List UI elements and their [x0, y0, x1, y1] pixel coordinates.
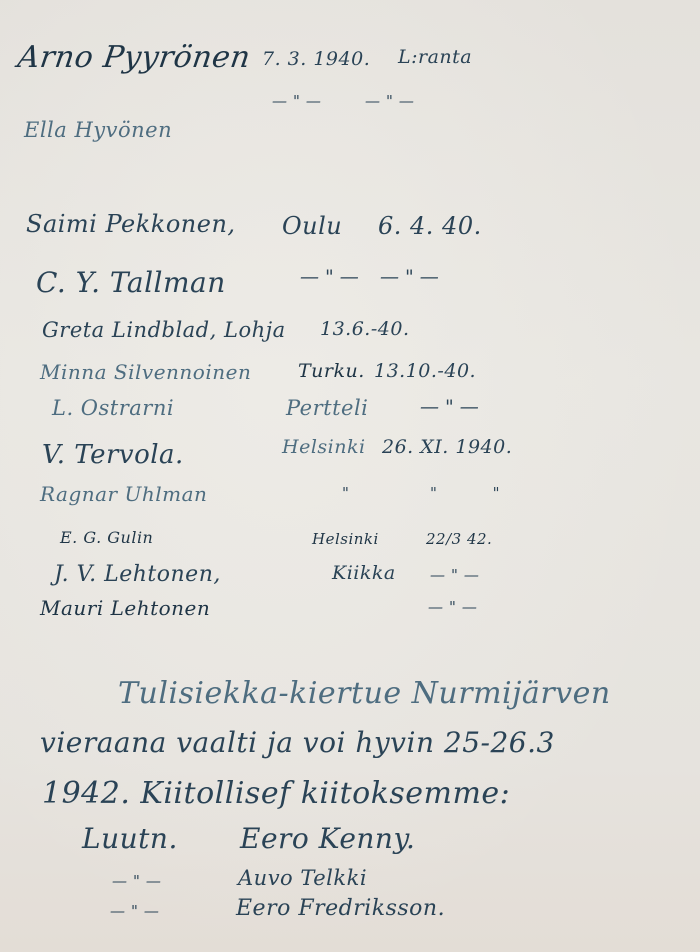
entry-name: C. Y. Tallman	[36, 266, 226, 299]
entry-name: Greta Lindblad,	[42, 318, 217, 342]
entry-date-ditto: " "	[430, 484, 500, 502]
signature-rank-ditto: —"—	[110, 902, 165, 920]
entry-name: Saimi Pekkonen,	[26, 210, 236, 238]
entry-place: Kiikka	[332, 562, 396, 584]
entry-date-ditto: —"—	[430, 566, 485, 584]
entry-name: Ella Hyvönen	[24, 118, 172, 142]
signature-rank-ditto: —"—	[112, 872, 167, 890]
entry-date: 13.6.-40.	[320, 318, 409, 340]
note-line: 1942. Kiitollisef kiitoksemme:	[42, 776, 510, 811]
entry-place: Helsinki	[282, 436, 366, 458]
entry-place-ditto: "	[342, 484, 349, 502]
entry-name: L. Ostrarni	[52, 396, 174, 420]
entry-place: Oulu	[282, 212, 342, 240]
note-line: vieraana vaalti ja voi hyvin 25-26.3	[40, 726, 555, 759]
signature-name: Auvo Telkki	[238, 866, 367, 890]
guestbook-page: Arno Pyyrönen 7. 3. 1940. L:ranta Ella H…	[0, 0, 700, 952]
entry-place: Lohja	[224, 318, 286, 342]
entry-date-ditto: —"—	[272, 92, 327, 110]
entry-place: L:ranta	[398, 46, 472, 68]
entry-name: Ragnar Uhlman	[40, 482, 207, 506]
entry-name: E. G. Gulin	[60, 528, 153, 547]
entry-name: Minna Silvennoinen	[40, 360, 251, 384]
entry-place-ditto: —"—	[300, 266, 365, 288]
signature-rank: Luutn.	[82, 822, 178, 855]
entry-name: Arno Pyyrönen	[16, 40, 253, 75]
note-line: Tulisiekka-kiertue Nurmijärven	[118, 676, 611, 711]
entry-place-ditto: —"—	[365, 92, 420, 110]
signature-name: Eero Fredriksson.	[236, 896, 445, 921]
signature-name: Eero Kenny.	[240, 822, 415, 855]
entry-date: 7. 3. 1940.	[262, 48, 370, 70]
entry-place: Helsinki	[312, 530, 379, 548]
entry-date: 22/3 42.	[426, 530, 492, 548]
entry-name: Mauri Lehtonen	[40, 596, 210, 620]
entry-name: V. Tervola.	[42, 440, 184, 470]
entry-name: J. V. Lehtonen,	[54, 562, 221, 587]
entry-date: 6. 4. 40.	[378, 212, 482, 240]
entry-date: 13.10.-40.	[374, 360, 476, 382]
entry-date-ditto: —"—	[420, 396, 485, 418]
entry-place: Pertteli	[286, 396, 368, 420]
entry-date-ditto: —"—	[380, 266, 445, 288]
entry-place: Turku.	[298, 360, 365, 382]
entry-date: 26. XI. 1940.	[382, 436, 512, 458]
entry-date-ditto: —"—	[428, 598, 483, 616]
